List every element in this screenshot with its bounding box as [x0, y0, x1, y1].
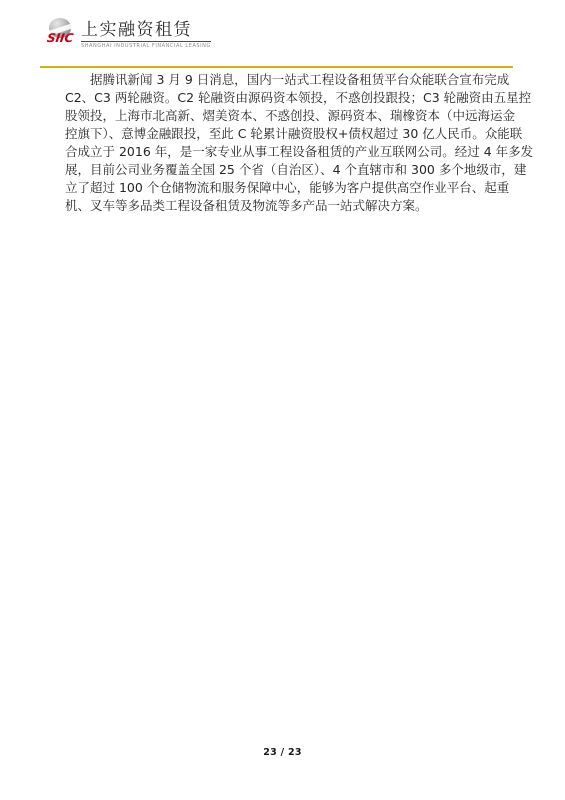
- header-divider-line: [40, 66, 513, 68]
- siic-logo-text: SIIC: [46, 32, 74, 44]
- company-name-english: SHANGHAI INDUSTRIAL FINANCIAL LEASING: [81, 43, 211, 49]
- paragraph-line: 控旗下）、意博金融跟投，至此 C 轮累计融资股权+债权超过 30 亿人民币。众能…: [65, 125, 512, 143]
- page-header: SIIC 上实融资租赁 SHANGHAI INDUSTRIAL FINANCIA…: [45, 18, 211, 49]
- company-logo-mark: SIIC: [45, 18, 75, 44]
- page-number: 23 / 23: [263, 747, 302, 758]
- company-name-chinese: 上实融资租赁: [81, 20, 211, 42]
- paragraph-line: 展，目前公司业务覆盖全国 25 个省（自治区）、4 个直辖市和 300 多个地级…: [65, 161, 512, 179]
- paragraph-line: 股领投，上海市北高新、熠美资本、不惑创投、源码资本、瑞橡资本（中远海运金: [65, 107, 512, 125]
- news-paragraph: 据腾讯新闻 3 月 9 日消息，国内一站式工程设备租赁平台众能联合宣布完成C2、…: [65, 71, 512, 215]
- company-logo-names: 上实融资租赁 SHANGHAI INDUSTRIAL FINANCIAL LEA…: [81, 20, 211, 50]
- paragraph-line: 机、叉车等多品类工程设备租赁及物流等多产品一站式解决方案。: [65, 197, 512, 215]
- page-footer: 23 / 23: [0, 740, 565, 759]
- document-page: SIIC 上实融资租赁 SHANGHAI INDUSTRIAL FINANCIA…: [0, 0, 565, 800]
- paragraph-line: C2、C3 两轮融资。C2 轮融资由源码资本领投，不惑创投跟投；C3 轮融资由五…: [65, 89, 512, 107]
- paragraph-line: 据腾讯新闻 3 月 9 日消息，国内一站式工程设备租赁平台众能联合宣布完成: [65, 71, 512, 89]
- paragraph-line: 合成立于 2016 年，是一家专业从事工程设备租赁的产业互联网公司。经过 4 年…: [65, 143, 512, 161]
- paragraph-line: 立了超过 100 个仓储物流和服务保障中心，能够为客户提供高空作业平台、起重: [65, 179, 512, 197]
